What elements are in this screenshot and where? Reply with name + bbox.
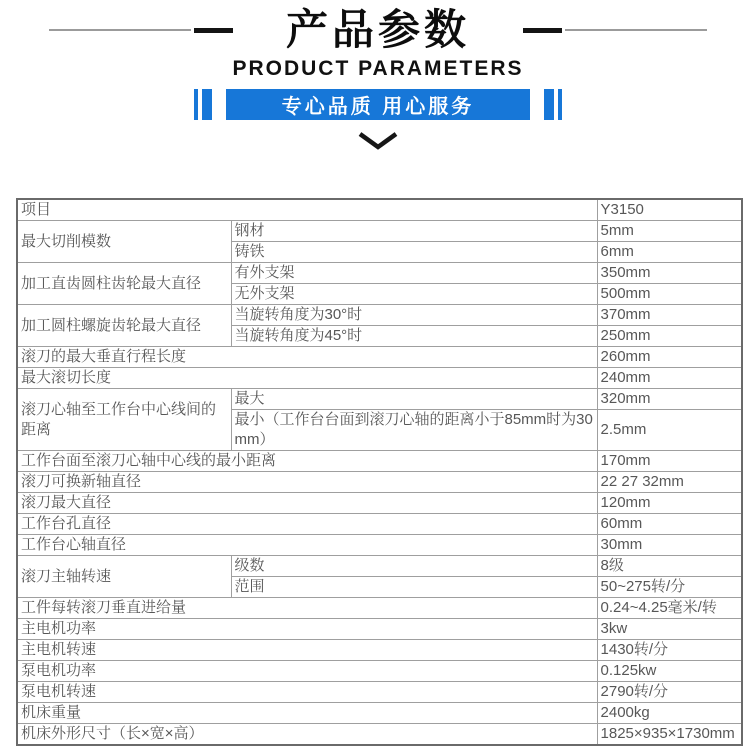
table-row: 项目Y3150 [17, 199, 742, 221]
param-sublabel: 有外支架 [231, 263, 597, 284]
param-label: 工作台心轴直径 [17, 535, 597, 556]
parameters-table-body: 项目Y3150最大切削模数钢材5mm铸铁6mm加工直齿圆柱齿轮最大直径有外支架3… [17, 199, 742, 745]
param-value: 2400kg [597, 703, 742, 724]
param-label: 加工圆柱螺旋齿轮最大直径 [17, 305, 231, 347]
param-value: 170mm [597, 451, 742, 472]
table-row: 最大滚切长度240mm [17, 368, 742, 389]
param-label: 铸铁 [231, 242, 597, 263]
param-label: 滚刀最大直径 [17, 493, 597, 514]
banner-accent-bar-right-wide [544, 89, 554, 120]
banner-accent-bar-left-wide [202, 89, 212, 120]
param-value: 240mm [597, 368, 742, 389]
param-value: 0.24~4.25毫米/转 [597, 598, 742, 619]
param-sublabel: 级数 [231, 556, 597, 577]
param-value: 5mm [597, 221, 742, 242]
chevron-down-icon [0, 130, 756, 152]
param-label: 最小（工作台台面到滚刀心轴的距离小于85mm时为30mm） [231, 410, 597, 451]
param-value: 250mm [597, 326, 742, 347]
slogan-banner: 专心品质 用心服务 [226, 89, 530, 120]
table-row: 泵电机功率0.125kw [17, 661, 742, 682]
param-sublabel: 当旋转角度为30°时 [231, 305, 597, 326]
param-value: 22 27 32mm [597, 472, 742, 493]
table-row: 滚刀心轴至工作台中心线间的距离最大320mm [17, 389, 742, 410]
table-row: 最大切削模数钢材5mm [17, 221, 742, 242]
param-sublabel: 钢材 [231, 221, 597, 242]
param-label: 滚刀心轴至工作台中心线间的距离 [17, 389, 231, 451]
title-row: 产品参数 [0, 6, 756, 54]
param-value: 120mm [597, 493, 742, 514]
param-label: 滚刀可换新轴直径 [17, 472, 597, 493]
param-value: 30mm [597, 535, 742, 556]
param-label: 滚刀的最大垂直行程长度 [17, 347, 597, 368]
table-row: 泵电机转速2790转/分 [17, 682, 742, 703]
param-value: 8级 [597, 556, 742, 577]
param-value: 2790转/分 [597, 682, 742, 703]
page-header: 产品参数 PRODUCT PARAMETERS 专心品质 用心服务 [0, 0, 756, 152]
table-row: 工作台心轴直径30mm [17, 535, 742, 556]
parameters-table: 项目Y3150最大切削模数钢材5mm铸铁6mm加工直齿圆柱齿轮最大直径有外支架3… [16, 198, 743, 746]
param-value: 6mm [597, 242, 742, 263]
decorative-dash-left [194, 28, 233, 33]
table-row: 滚刀主轴转速级数8级 [17, 556, 742, 577]
param-value: 320mm [597, 389, 742, 410]
table-row: 加工圆柱螺旋齿轮最大直径当旋转角度为30°时370mm [17, 305, 742, 326]
param-label: 工作台面至滚刀心轴中心线的最小距离 [17, 451, 597, 472]
table-row: 机床外形尺寸（长×宽×高）1825×935×1730mm [17, 724, 742, 746]
param-value: 1430转/分 [597, 640, 742, 661]
param-label: 范围 [231, 577, 597, 598]
param-label: 加工直齿圆柱齿轮最大直径 [17, 263, 231, 305]
table-row: 工作台面至滚刀心轴中心线的最小距离170mm [17, 451, 742, 472]
param-label: 泵电机转速 [17, 682, 597, 703]
page-title: 产品参数 [286, 6, 470, 54]
product-parameters-page: 产品参数 PRODUCT PARAMETERS 专心品质 用心服务 [0, 0, 756, 746]
table-row: 主电机转速1430转/分 [17, 640, 742, 661]
param-label: 泵电机功率 [17, 661, 597, 682]
banner-accent-bar-right-thin [558, 89, 562, 120]
param-label: 机床重量 [17, 703, 597, 724]
table-row: 滚刀最大直径120mm [17, 493, 742, 514]
param-value: 60mm [597, 514, 742, 535]
param-label: 滚刀主轴转速 [17, 556, 231, 598]
param-value: 1825×935×1730mm [597, 724, 742, 746]
table-row: 滚刀的最大垂直行程长度260mm [17, 347, 742, 368]
param-label: 工作台孔直径 [17, 514, 597, 535]
param-label: 主电机功率 [17, 619, 597, 640]
table-row: 机床重量2400kg [17, 703, 742, 724]
param-sublabel: 最大 [231, 389, 597, 410]
param-value: 0.125kw [597, 661, 742, 682]
param-label: 无外支架 [231, 284, 597, 305]
param-label: 主电机转速 [17, 640, 597, 661]
slogan-banner-row: 专心品质 用心服务 [0, 89, 756, 120]
param-value: 50~275转/分 [597, 577, 742, 598]
param-value: 500mm [597, 284, 742, 305]
banner-accent-bar-left-thin [194, 89, 198, 120]
param-value: 3kw [597, 619, 742, 640]
param-label: 工件每转滚刀垂直进给量 [17, 598, 597, 619]
table-row: 工作台孔直径60mm [17, 514, 742, 535]
decorative-dash-right [523, 28, 562, 33]
table-row: 滚刀可换新轴直径22 27 32mm [17, 472, 742, 493]
param-value: 370mm [597, 305, 742, 326]
table-row: 加工直齿圆柱齿轮最大直径有外支架350mm [17, 263, 742, 284]
param-value: 350mm [597, 263, 742, 284]
table-row: 主电机功率3kw [17, 619, 742, 640]
decorative-line-right [565, 29, 707, 31]
param-value: Y3150 [597, 199, 742, 221]
table-row: 工件每转滚刀垂直进给量0.24~4.25毫米/转 [17, 598, 742, 619]
param-value: 260mm [597, 347, 742, 368]
param-label: 项目 [17, 199, 597, 221]
param-label: 机床外形尺寸（长×宽×高） [17, 724, 597, 746]
param-label: 最大滚切长度 [17, 368, 597, 389]
decorative-line-left [49, 29, 191, 31]
param-label: 当旋转角度为45°时 [231, 326, 597, 347]
page-subtitle: PRODUCT PARAMETERS [0, 57, 756, 81]
param-value: 2.5mm [597, 410, 742, 451]
param-label: 最大切削模数 [17, 221, 231, 263]
